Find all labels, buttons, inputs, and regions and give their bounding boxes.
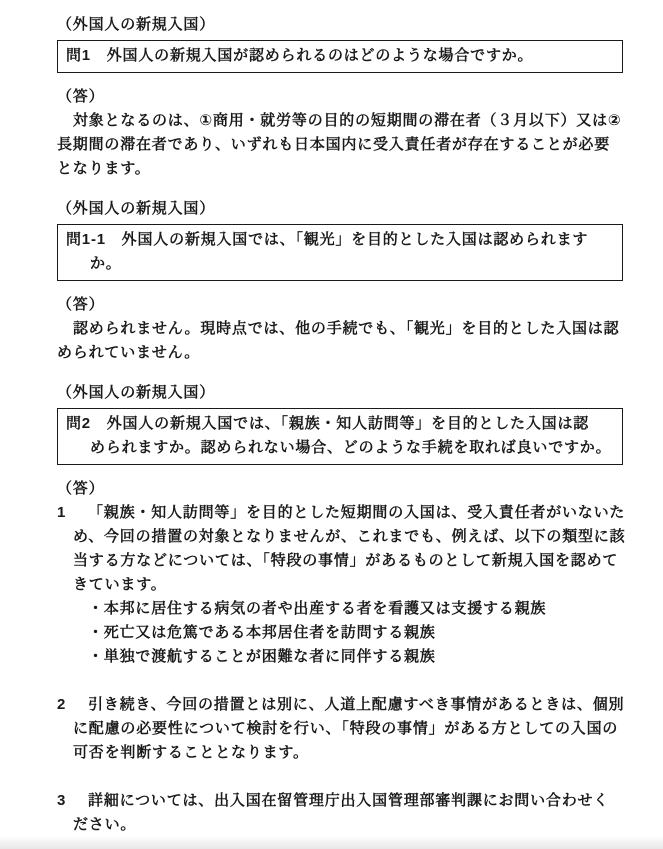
page-bottom-edge-shadow — [0, 836, 663, 849]
qa-section-q1: （外国人の新規入国） 問1 外国人の新規入国が認められるのはどのような場合ですか… — [57, 13, 623, 181]
item-line: 当する方などについては、「特段の事情」があるものとして新規入国を認めて — [57, 549, 623, 573]
qa-section-q1-1: （外国人の新規入国） 問1-1 外国人の新規入国では、「観光」を目的とした入国は… — [57, 197, 623, 365]
category-label: （外国人の新規入国） — [57, 197, 623, 221]
bullet-item: ・本邦に居住する病気の者や出産する者を看護又は支援する親族 — [57, 597, 623, 621]
bullet-item: ・死亡又は危篤である本邦居住者を訪問する親族 — [57, 621, 623, 645]
item-first-line: 3詳細については、出入国在留管理庁出入国管理部審判課にお問い合わせく — [57, 789, 623, 813]
answer-label: （答） — [57, 85, 623, 109]
item-line: ださい。 — [57, 813, 623, 837]
item-first-line: 2引き続き、今回の措置とは別に、人道上配慮すべき事情があるときは、個別 — [57, 693, 623, 717]
answer-line: 認められません。現時点では、他の手続でも、「観光」を目的とした入国は認 — [57, 317, 623, 341]
qa-section-q2: （外国人の新規入国） 問2 外国人の新規入国では、「親族・知人訪問等」を目的とし… — [57, 381, 623, 837]
answer-label: （答） — [57, 477, 623, 501]
item-number: 1 — [57, 501, 88, 525]
numbered-item-3: 3詳細については、出入国在留管理庁出入国管理部審判課にお問い合わせく ださい。 — [57, 789, 623, 837]
document-page: （外国人の新規入国） 問1 外国人の新規入国が認められるのはどのような場合ですか… — [0, 0, 663, 849]
numbered-item-1: 1「親族・知人訪問等」を目的とした短期間の入国は、受入責任者がいないた め、今回… — [57, 501, 623, 597]
item-line: 詳細については、出入国在留管理庁出入国管理部審判課にお問い合わせく — [88, 792, 609, 809]
item-number: 3 — [57, 789, 88, 813]
answer-line: 長期間の滞在者であり、いずれも日本国内に受入責任者が存在することが必要 — [57, 133, 623, 157]
answer-line: 対象となるのは、①商用・就労等の目的の短期間の滞在者（３月以下）又は② — [57, 109, 623, 133]
question-box-q1-1: 問1-1 外国人の新規入国では、「観光」を目的とした入国は認められます か。 — [57, 224, 623, 281]
answer-label: （答） — [57, 293, 623, 317]
item-line: に配慮の必要性について検討を行い、「特段の事情」がある方としての入国の — [57, 717, 623, 741]
question-text-line: められますか。認められない場合、どのような手続を取れば良いですか。 — [66, 436, 616, 460]
question-text-line: 問2 外国人の新規入国では、「親族・知人訪問等」を目的とした入国は認 — [66, 412, 616, 436]
numbered-item-2: 2引き続き、今回の措置とは別に、人道上配慮すべき事情があるときは、個別 に配慮の… — [57, 693, 623, 765]
answer-paragraph: 対象となるのは、①商用・就労等の目的の短期間の滞在者（３月以下）又は② 長期間の… — [57, 109, 623, 181]
bullet-list: ・本邦に居住する病気の者や出産する者を看護又は支援する親族 ・死亡又は危篤である… — [57, 597, 623, 669]
category-label: （外国人の新規入国） — [57, 13, 623, 37]
answer-line: となります。 — [57, 157, 623, 181]
question-box-q1: 問1 外国人の新規入国が認められるのはどのような場合ですか。 — [57, 40, 623, 73]
item-line: め、今回の措置の対象となりませんが、これまでも、例えば、以下の類型に該 — [57, 525, 623, 549]
question-box-q2: 問2 外国人の新規入国では、「親族・知人訪問等」を目的とした入国は認 められます… — [57, 408, 623, 465]
item-line: 可否を判断することとなります。 — [57, 741, 623, 765]
question-text-line: 問1-1 外国人の新規入国では、「観光」を目的とした入国は認められます — [66, 228, 616, 252]
question-text-line: か。 — [66, 252, 616, 276]
answer-paragraph: 認められません。現時点では、他の手続でも、「観光」を目的とした入国は認 められて… — [57, 317, 623, 365]
item-number: 2 — [57, 693, 88, 717]
bullet-item: ・単独で渡航することが困難な者に同伴する親族 — [57, 645, 623, 669]
item-first-line: 1「親族・知人訪問等」を目的とした短期間の入国は、受入責任者がいないた — [57, 501, 623, 525]
item-line: 引き続き、今回の措置とは別に、人道上配慮すべき事情があるときは、個別 — [88, 696, 624, 713]
answer-line: められていません。 — [57, 341, 623, 365]
item-line: 「親族・知人訪問等」を目的とした短期間の入国は、受入責任者がいないた — [88, 504, 625, 521]
category-label: （外国人の新規入国） — [57, 381, 623, 405]
question-text-line: 問1 外国人の新規入国が認められるのはどのような場合ですか。 — [66, 44, 616, 68]
item-line: きています。 — [57, 573, 623, 597]
